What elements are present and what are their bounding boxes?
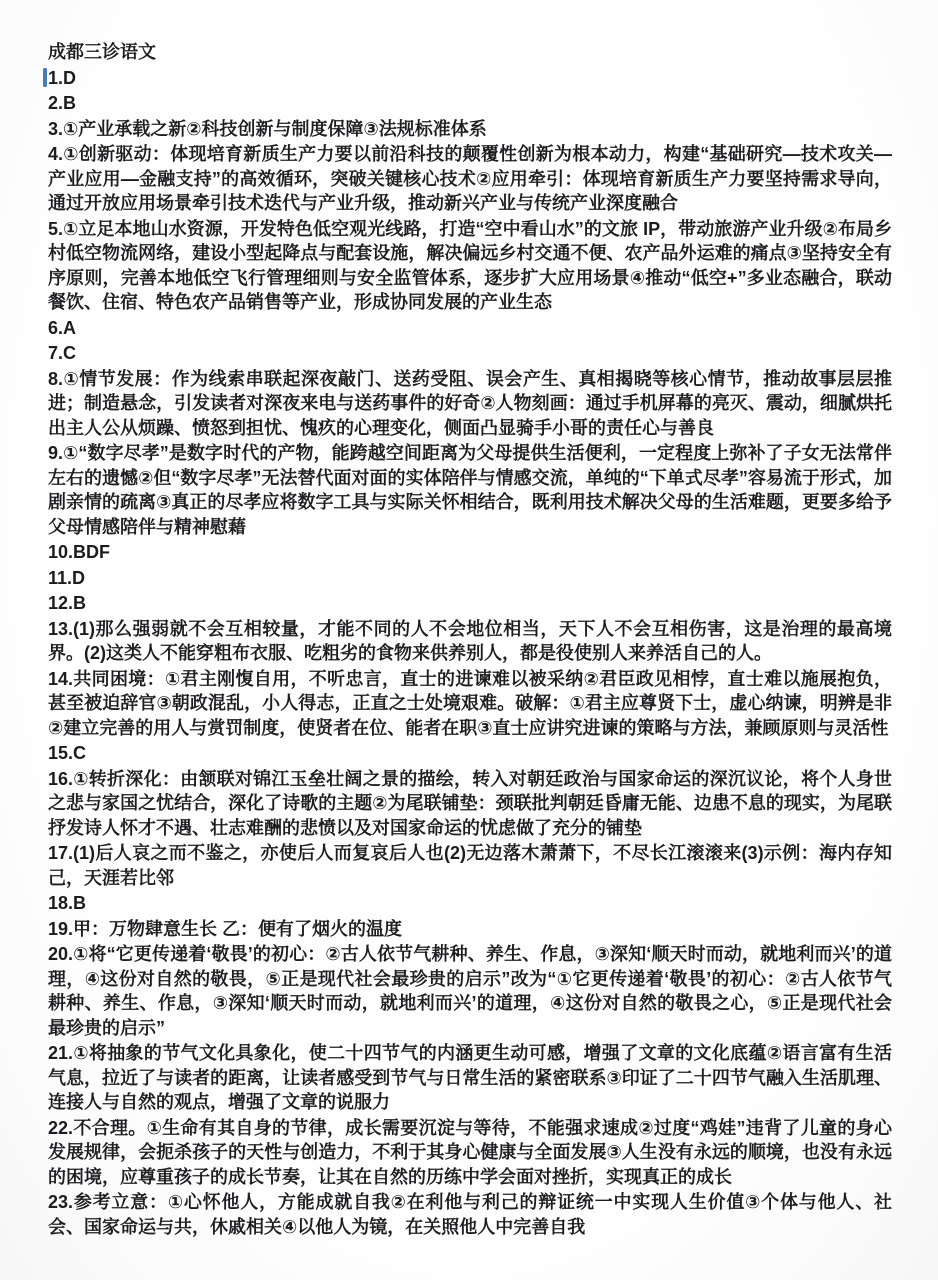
answer-18: 18.B — [48, 891, 892, 916]
answer-text: 1.D — [48, 68, 76, 88]
answer-text: 17.(1)后人哀之而不鉴之，亦使后人而复哀后人也(2)无边落木萧萧下，不尽长江… — [48, 843, 892, 888]
answer-text: 15.C — [48, 743, 86, 763]
answer-text: 19.甲：万物肆意生长 乙：便有了烟火的温度 — [48, 919, 402, 939]
answer-text: 22.不合理。①生命有其自身的节律，成长需要沉淀与等待，不能强求速成②过度“鸡娃… — [48, 1118, 892, 1187]
answer-1: 1.D — [48, 66, 892, 91]
answer-text: 21.①将抽象的节气文化具象化，使二十四节气的内涵更生动可感，增强了文章的文化底… — [48, 1043, 892, 1112]
answer-20: 20.①将“它更传递着‘敬畏’的初心：②古人依节气耕种、养生、作息，③深知‘顺天… — [48, 942, 892, 1040]
answer-text: 9.①“数字尽孝”是数字时代的产物，能跨越空间距离为父母提供生活便利，一定程度上… — [48, 443, 892, 537]
answer-text: 4.①创新驱动：体现培育新质生产力要以前沿科技的颠覆性创新为根本动力，构建“基础… — [48, 144, 892, 213]
answer-text: 5.①立足本地山水资源，开发特色低空观光线路，打造“空中看山水”的文旅 IP，带… — [48, 219, 892, 313]
answer-text: 23.参考立意：①心怀他人，方能成就自我②在利他与利己的辩证统一中实现人生价值③… — [48, 1192, 892, 1237]
answer-text: 18.B — [48, 893, 86, 913]
text-cursor-caret — [43, 68, 47, 87]
answer-text: 16.①转折深化：由颔联对锦江玉垒壮阔之景的描绘，转入对朝廷政治与国家命运的深沉… — [48, 769, 892, 838]
answer-17: 17.(1)后人哀之而不鉴之，亦使后人而复哀后人也(2)无边落木萧萧下，不尽长江… — [48, 841, 892, 890]
answer-text: 6.A — [48, 318, 76, 338]
answer-21: 21.①将抽象的节气文化具象化，使二十四节气的内涵更生动可感，增强了文章的文化底… — [48, 1041, 892, 1115]
answer-15: 15.C — [48, 741, 892, 766]
answer-5: 5.①立足本地山水资源，开发特色低空观光线路，打造“空中看山水”的文旅 IP，带… — [48, 217, 892, 315]
answer-text: 12.B — [48, 593, 86, 613]
answer-11: 11.D — [48, 566, 892, 591]
answer-13: 13.(1)那么强弱就不会互相较量，才能不同的人不会地位相当，天下人不会互相伤害… — [48, 617, 892, 666]
answer-list: 1.D2.B3.①产业承载之新②科技创新与制度保障③法规标准体系4.①创新驱动：… — [48, 66, 892, 1240]
answer-10: 10.BDF — [48, 540, 892, 565]
answer-text: 3.①产业承载之新②科技创新与制度保障③法规标准体系 — [48, 119, 487, 139]
answer-text: 14.共同困境：①君主刚愎自用，不听忠言，直士的进谏难以被采纳②君臣政见相悖，直… — [48, 669, 892, 738]
answer-text: 8.①情节发展：作为线索串联起深夜敲门、送药受阻、误会产生、真相揭晓等核心情节，… — [48, 369, 892, 438]
answer-16: 16.①转折深化：由颔联对锦江玉垒壮阔之景的描绘，转入对朝廷政治与国家命运的深沉… — [48, 767, 892, 841]
answer-4: 4.①创新驱动：体现培育新质生产力要以前沿科技的颠覆性创新为根本动力，构建“基础… — [48, 142, 892, 216]
answer-12: 12.B — [48, 591, 892, 616]
answer-3: 3.①产业承载之新②科技创新与制度保障③法规标准体系 — [48, 117, 892, 142]
answer-text: 13.(1)那么强弱就不会互相较量，才能不同的人不会地位相当，天下人不会互相伤害… — [48, 619, 892, 664]
answer-text: 7.C — [48, 343, 76, 363]
answer-2: 2.B — [48, 91, 892, 116]
answer-text: 2.B — [48, 93, 76, 113]
answer-9: 9.①“数字尽孝”是数字时代的产物，能跨越空间距离为父母提供生活便利，一定程度上… — [48, 441, 892, 539]
answer-text: 20.①将“它更传递着‘敬畏’的初心：②古人依节气耕种、养生、作息，③深知‘顺天… — [48, 944, 892, 1038]
answer-7: 7.C — [48, 341, 892, 366]
answer-text: 11.D — [48, 568, 85, 588]
answer-8: 8.①情节发展：作为线索串联起深夜敲门、送药受阻、误会产生、真相揭晓等核心情节，… — [48, 367, 892, 441]
document-title: 成都三诊语文 — [48, 40, 892, 65]
answer-19: 19.甲：万物肆意生长 乙：便有了烟火的温度 — [48, 917, 892, 942]
answer-text: 10.BDF — [48, 542, 110, 562]
answer-14: 14.共同困境：①君主刚愎自用，不听忠言，直士的进谏难以被采纳②君臣政见相悖，直… — [48, 667, 892, 741]
document-page[interactable]: 成都三诊语文 1.D2.B3.①产业承载之新②科技创新与制度保障③法规标准体系4… — [0, 0, 938, 1280]
answer-6: 6.A — [48, 316, 892, 341]
answer-22: 22.不合理。①生命有其自身的节律，成长需要沉淀与等待，不能强求速成②过度“鸡娃… — [48, 1116, 892, 1190]
answer-23: 23.参考立意：①心怀他人，方能成就自我②在利他与利己的辩证统一中实现人生价值③… — [48, 1190, 892, 1239]
